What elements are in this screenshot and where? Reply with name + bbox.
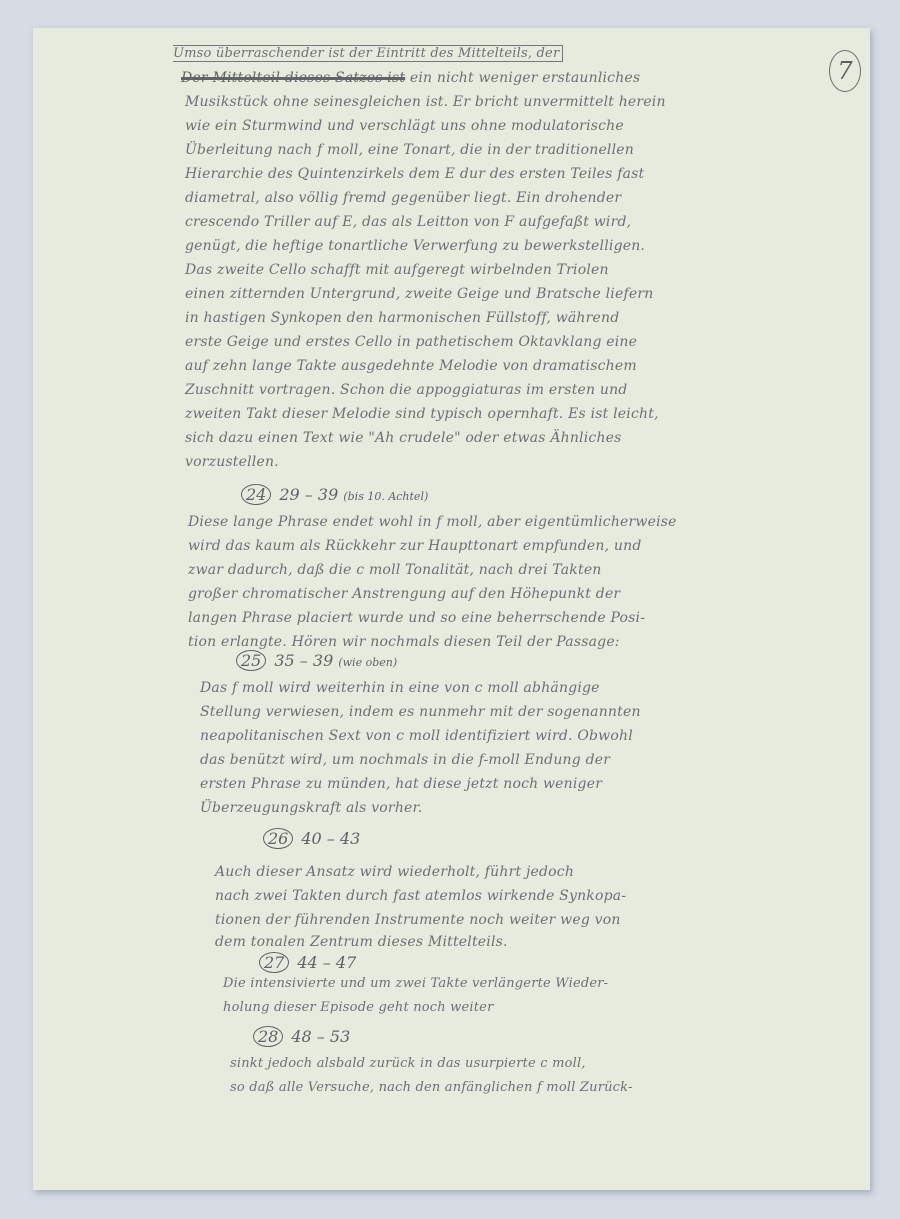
insertion-line: Umso überraschender ist der Eintritt des… — [173, 46, 563, 61]
text-line: holung dieser Episode geht noch weiter — [223, 1000, 494, 1015]
text-line: in hastigen Synkopen den harmonischen Fü… — [185, 310, 619, 326]
text-line: tion erlangte. Hören wir nochmals diesen… — [188, 634, 620, 650]
text-line: großer chromatischer Anstrengung auf den… — [188, 586, 620, 602]
text-line: diametral, also völlig fremd gegenüber l… — [185, 190, 621, 206]
text-line: Die intensivierte und um zwei Takte verl… — [223, 976, 608, 991]
section-heading-27: 2744 – 47 — [259, 952, 356, 973]
measure-marker: 28 — [253, 1026, 283, 1047]
text-line: zwar dadurch, daß die c moll Tonalität, … — [188, 562, 602, 578]
text-line: tionen der führenden Instrumente noch we… — [215, 912, 621, 928]
section-heading-24: 2429 – 39 (bis 10. Achtel) — [241, 484, 428, 505]
text-line: Diese lange Phrase endet wohl in f moll,… — [188, 514, 677, 530]
text-line: Hierarchie des Quintenzirkels dem E dur … — [185, 166, 644, 182]
text-line: auf zehn lange Takte ausgedehnte Melodie… — [185, 358, 637, 374]
text-line: erste Geige und erstes Cello in pathetis… — [185, 334, 637, 350]
text-line: Zuschnitt vortragen. Schon die appoggiat… — [185, 382, 627, 398]
text-line: sinkt jedoch alsbald zurück in das usurp… — [230, 1056, 586, 1071]
text-line: einen zitternden Untergrund, zweite Geig… — [185, 286, 653, 302]
section-heading-28: 2848 – 53 — [253, 1026, 350, 1047]
page-number: 7 — [829, 50, 861, 92]
text-line: Der Mittelteil dieses Satzes ist ein nic… — [181, 70, 640, 86]
text-line: zweiten Takt dieser Melodie sind typisch… — [185, 406, 659, 422]
section-heading-25: 2535 – 39 (wie oben) — [236, 650, 397, 671]
measure-marker: 24 — [241, 484, 271, 505]
text-line: Das f moll wird weiterhin in eine von c … — [200, 680, 600, 696]
text-line: vorzustellen. — [185, 454, 279, 470]
measure-marker: 25 — [236, 650, 266, 671]
text-line: Stellung verwiesen, indem es nunmehr mit… — [200, 704, 641, 720]
section-heading-26: 2640 – 43 — [263, 828, 360, 849]
text-line: sich dazu einen Text wie "Ah crudele" od… — [185, 430, 622, 446]
text-line: Überzeugungskraft als vorher. — [200, 800, 423, 816]
text-line: Auch dieser Ansatz wird wiederholt, führ… — [215, 864, 574, 880]
struck-text: Der Mittelteil dieses Satzes ist — [181, 70, 405, 86]
text-line: neapolitanischen Sext von c moll identif… — [200, 728, 633, 744]
measure-marker: 27 — [259, 952, 289, 973]
text-line: crescendo Triller auf E, das als Leitton… — [185, 214, 631, 230]
text-line: so daß alle Versuche, nach den anfänglic… — [230, 1080, 633, 1095]
measure-marker: 26 — [263, 828, 293, 849]
text-line: das benützt wird, um nochmals in die f-m… — [200, 752, 610, 768]
text-line: genügt, die heftige tonartliche Verwerfu… — [185, 238, 645, 254]
text-line: Musikstück ohne seinesgleichen ist. Er b… — [185, 94, 666, 110]
manuscript-page: 7 Umso überraschender ist der Eintritt d… — [33, 28, 870, 1190]
text-line: wie ein Sturmwind und verschlägt uns ohn… — [185, 118, 624, 134]
text-line: wird das kaum als Rückkehr zur Haupttona… — [188, 538, 642, 554]
text-line: Überleitung nach f moll, eine Tonart, di… — [185, 142, 634, 158]
text-line: dem tonalen Zentrum dieses Mittelteils. — [215, 934, 508, 950]
text-line: langen Phrase placiert wurde und so eine… — [188, 610, 645, 626]
text-line: nach zwei Takten durch fast atemlos wirk… — [215, 888, 626, 904]
text-line: ersten Phrase zu münden, hat diese jetzt… — [200, 776, 602, 792]
text-line: Das zweite Cello schafft mit aufgeregt w… — [185, 262, 609, 278]
